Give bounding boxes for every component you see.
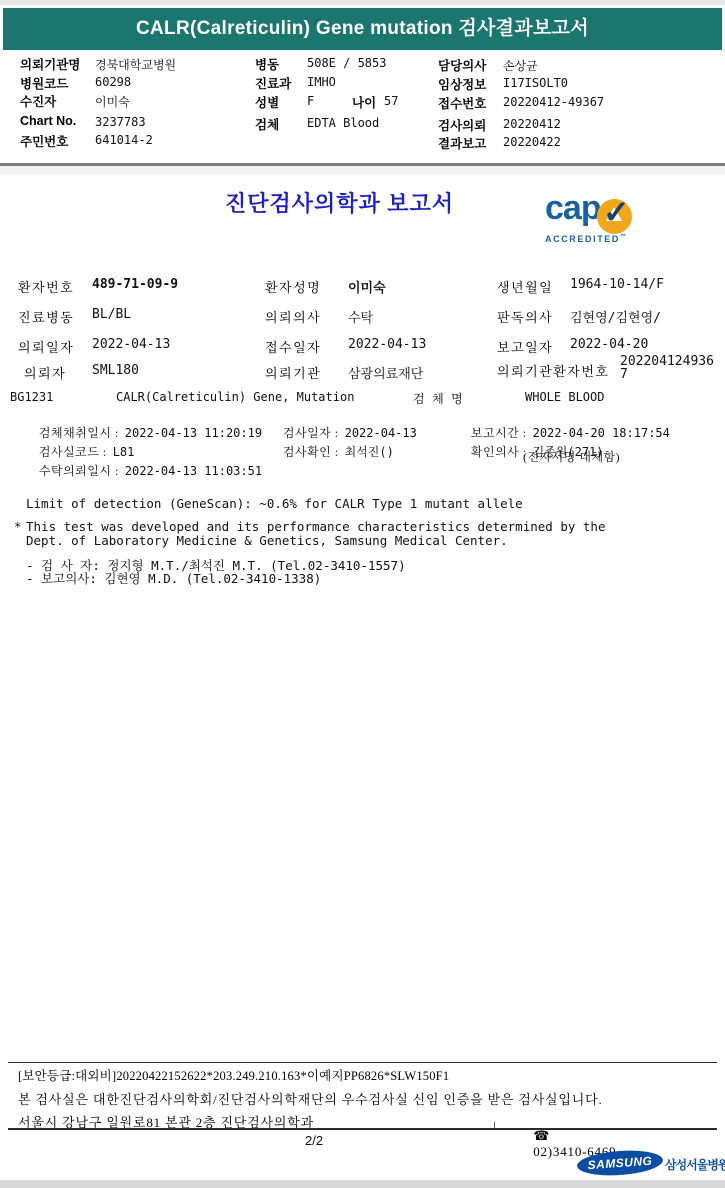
value-referral-requested-at: 2022-04-13 11:03:51	[125, 464, 262, 478]
value-chart-no: 3237783	[95, 115, 146, 129]
value-result-reported: 20220422	[503, 135, 561, 149]
value-ward: 508E / 5853	[307, 56, 386, 70]
value-request-date: 2022-04-13	[92, 337, 170, 352]
label-department: 진료과	[255, 74, 291, 92]
cap-accredited-label: ACCREDITED	[545, 234, 620, 244]
value-care-ward: BL/BL	[92, 307, 131, 322]
value-receipt-date: 2022-04-13	[348, 337, 426, 352]
department-report-title: 진단검사의학과 보고서	[225, 187, 450, 218]
referral-request-group: 수탁의뢰일시 :2022-04-13 11:03:51	[10, 448, 262, 493]
label-examinee: 수진자	[20, 92, 56, 110]
label-care-ward: 진료병동	[18, 307, 74, 326]
test-confirm-group: 검사확인 :최석진()	[254, 429, 394, 474]
label-specimen-type: 검체	[255, 115, 279, 133]
cap-accredited-text: ACCREDITED™	[545, 234, 626, 244]
value-receipt-no: 20220412-49367	[503, 95, 604, 109]
accreditation-line: 본 검사실은 대한진단검사의학회/진단검사의학재단의 우수검사실 신임 인증을 …	[18, 1089, 603, 1108]
label-test-requested: 검사의뢰	[438, 116, 486, 134]
label-receipt-no: 접수번호	[438, 94, 486, 112]
label-result-reported: 결과보고	[438, 134, 486, 152]
security-line: [보안등급:대외비]20220422152622*203.249.210.163…	[18, 1066, 449, 1084]
dev-note-line2: Dept. of Laboratory Medicine & Genetics,…	[26, 533, 508, 548]
label-ordering-org: 의뢰기관명	[20, 55, 80, 73]
label-requesting-org: 의뢰기관	[265, 363, 321, 382]
label-org-patient-no: 의뢰기관환자번호	[497, 361, 609, 380]
value-clinical-info: I17ISOLT0	[503, 76, 568, 90]
test-name: CALR(Calreticulin) Gene, Mutation	[116, 390, 354, 404]
value-birth-date: 1964-10-14/F	[570, 277, 664, 292]
value-patient-name: 이미숙	[348, 277, 386, 296]
value-test-confirm: 최석진()	[345, 445, 394, 459]
value-requesting-org: 삼광의료재단	[348, 363, 423, 382]
dev-note-line1: This test was developed and its performa…	[26, 519, 605, 534]
value-department: IMHO	[307, 75, 336, 89]
label-request-date: 의뢰일자	[18, 337, 74, 356]
label-chart-no: Chart No.	[20, 114, 76, 128]
label-requester: 의뢰자	[24, 363, 66, 382]
value-attending-doctor: 손상균	[503, 57, 538, 74]
label-request-doctor: 의뢰의사	[265, 307, 321, 326]
section-divider-shadow	[0, 166, 725, 174]
test-code: BG1231	[10, 390, 53, 404]
label-test-confirm: 검사확인 :	[283, 445, 339, 459]
footer-bottom-line	[8, 1128, 717, 1130]
footer-top-line	[8, 1062, 717, 1063]
value-age: 57	[384, 94, 398, 108]
label-attending-doctor: 담당의사	[438, 56, 486, 74]
bottom-strip	[0, 1180, 725, 1188]
value-sex: F	[307, 94, 314, 108]
hospital-name: 삼성서울병원	[665, 1156, 725, 1173]
label-birth-date: 생년월일	[497, 277, 553, 296]
phone-icon: ☎	[533, 1128, 550, 1143]
value-request-doctor: 수탁	[348, 307, 373, 326]
value-patient-no: 489-71-09-9	[92, 277, 178, 292]
label-confirm-doctor: 확인의사 :	[471, 445, 527, 459]
report-header-title: CALR(Calreticulin) Gene mutation 검사결과보고서	[136, 18, 589, 39]
samsung-wordmark: SAMSUNG	[587, 1154, 653, 1172]
label-sex: 성별	[255, 93, 279, 111]
page-number: 2/2	[305, 1133, 323, 1148]
value-resident-no: 641014-2	[95, 133, 153, 147]
dev-note-asterisk: *	[14, 519, 22, 534]
value-test-requested: 20220412	[503, 117, 561, 131]
value-specimen-type: EDTA Blood	[307, 116, 379, 130]
value-report-date: 2022-04-20	[570, 337, 648, 352]
specimen-value: WHOLE BLOOD	[525, 390, 604, 404]
label-age: 나이	[352, 93, 376, 111]
value-examinee: 이미숙	[95, 93, 130, 110]
cap-tm-mark: ™	[620, 234, 626, 240]
value-reading-doctor: 김현영/김현영/	[570, 307, 661, 326]
label-report-date: 보고일자	[497, 337, 553, 356]
label-resident-no: 주민번호	[20, 132, 68, 150]
value-hospital-code: 60298	[95, 75, 131, 89]
cap-wordmark: cap	[545, 189, 601, 228]
limit-of-detection-line: Limit of detection (GeneScan): ~0.6% for…	[26, 496, 523, 511]
value-org-patient-no: 2022041249367	[620, 355, 718, 381]
label-reading-doctor: 판독의사	[497, 307, 553, 326]
label-clinical-info: 임상정보	[438, 75, 486, 93]
label-patient-name: 환자성명	[265, 277, 321, 296]
specimen-label: 검 체 명	[413, 390, 463, 407]
label-hospital-code: 병원코드	[20, 74, 68, 92]
reporter-line: - 보고의사: 김현영 M.D. (Tel.02-3410-1338)	[26, 569, 321, 587]
report-header-bar: CALR(Calreticulin) Gene mutation 검사결과보고서	[3, 8, 722, 50]
value-requester: SML180	[92, 363, 139, 378]
label-referral-requested-at: 수탁의뢰일시 :	[39, 464, 119, 478]
top-strip	[0, 0, 725, 5]
value-collected-at: 2022-04-13 11:20:19	[125, 426, 262, 440]
cap-accredited-logo: cap ✓ ACCREDITED™	[545, 199, 650, 249]
lab-report-page: CALR(Calreticulin) Gene mutation 검사결과보고서…	[0, 0, 725, 1188]
label-ward: 병동	[255, 55, 279, 73]
value-ordering-org: 경북대학교병원	[95, 56, 176, 73]
label-patient-no: 환자번호	[18, 277, 74, 296]
esign-note: (전자서명 대체함)	[523, 448, 620, 465]
label-receipt-date: 접수일자	[265, 337, 321, 356]
cap-check-icon: ✓	[603, 193, 630, 231]
